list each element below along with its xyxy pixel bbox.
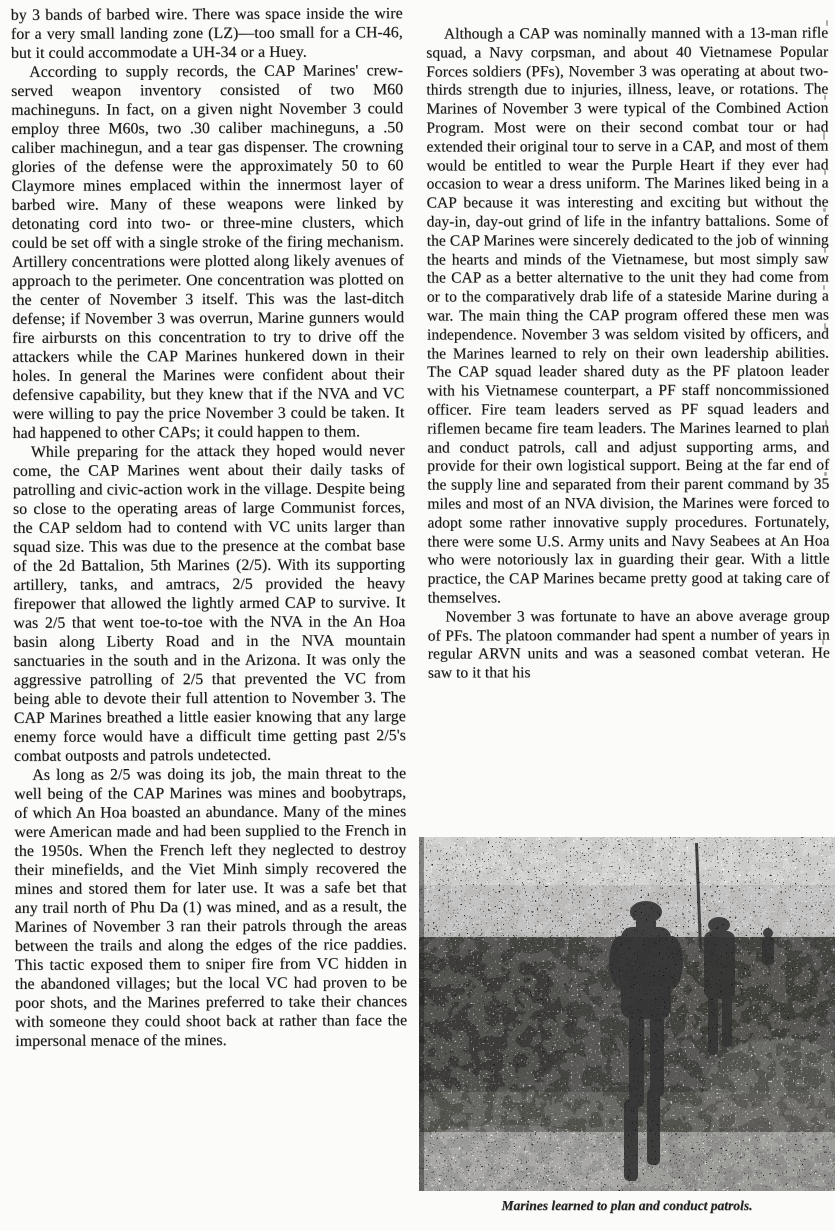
scan-speck bbox=[823, 500, 825, 505]
scan-speck bbox=[824, 323, 826, 330]
scan-speck bbox=[823, 448, 825, 452]
scan-speck bbox=[826, 20, 828, 26]
scan-speck bbox=[824, 95, 826, 100]
scan-speck bbox=[823, 132, 825, 140]
scan-speck bbox=[823, 208, 826, 212]
scan-speck bbox=[824, 560, 826, 564]
body-paragraph: November 3 was fortunate to have an abov… bbox=[428, 607, 830, 683]
body-paragraph: by 3 bands of barbed wire. There was spa… bbox=[11, 4, 403, 63]
scan-speck bbox=[824, 247, 826, 253]
photo-caption: Marines learned to plan and conduct patr… bbox=[419, 1198, 835, 1214]
body-paragraph: As long as 2/5 was doing its job, the ma… bbox=[14, 764, 407, 1051]
scan-speck bbox=[825, 420, 827, 425]
marines-patrol-photo bbox=[419, 837, 835, 1191]
patrol-photograph-figure: Marines learned to plan and conduct patr… bbox=[419, 837, 835, 1214]
body-paragraph: Although a CAP was nominally manned with… bbox=[426, 24, 830, 608]
scan-speck bbox=[824, 472, 827, 476]
scan-speck bbox=[824, 170, 826, 175]
body-paragraph: While preparing for the attack they hope… bbox=[13, 441, 406, 766]
scan-speck bbox=[823, 285, 825, 290]
scanned-document-page: by 3 bands of barbed wire. There was spa… bbox=[0, 0, 835, 1231]
right-text-column: Although a CAP was nominally manned with… bbox=[426, 24, 830, 683]
scan-speck bbox=[822, 640, 824, 645]
body-paragraph: According to supply records, the CAP Mar… bbox=[11, 61, 405, 443]
left-text-column: by 3 bands of barbed wire. There was spa… bbox=[11, 4, 408, 1051]
